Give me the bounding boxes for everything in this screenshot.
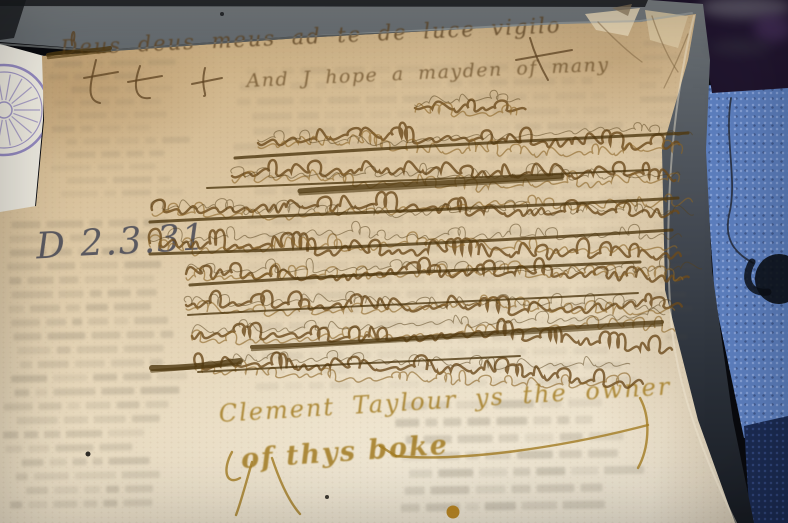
page-top-edge-highlight [0,13,692,51]
scrawl-stroke [257,111,679,167]
dark-object [755,254,788,304]
struck-handwriting-line [230,142,680,203]
pen-flourish [91,60,101,103]
struck-handwriting-line [414,89,525,120]
pen-flourish [380,446,396,456]
pen-flourish [638,398,647,468]
pen-flourish [72,32,75,45]
scrawl-stroke [186,240,702,292]
pen-flourish [272,458,300,514]
pen-flourish [236,462,252,515]
ink-strokes-layer [0,0,788,523]
pen-flourish [516,50,572,60]
strike-through-stroke [190,262,640,285]
ink-blot [447,506,460,519]
ink-blot [86,452,91,457]
ink-blot [325,495,329,499]
pen-flourish [530,38,548,80]
pen-flourish [84,72,118,78]
page-right-edge-highlight [668,16,736,523]
pen-flourish [128,76,162,82]
ink-blot [220,12,224,16]
struck-handwriting-line [257,110,693,172]
pen-flourish [136,66,150,98]
photo-scene: Deus deus meus ad te de luce vigilo And … [0,0,788,523]
thread-on-cloth [728,98,753,263]
scrawl-stroke [195,344,631,405]
pen-flourish [396,425,648,457]
pen-flourish [192,78,222,84]
pen-flourish [226,452,240,480]
